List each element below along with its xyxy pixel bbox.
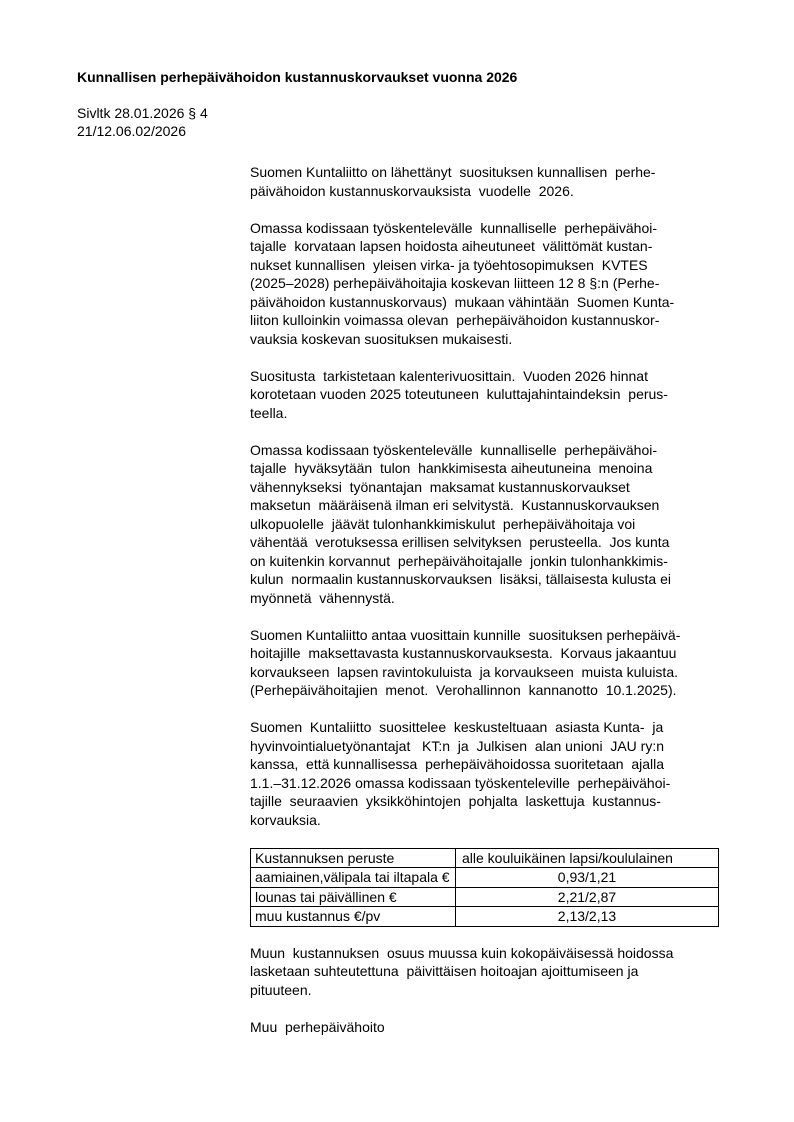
text-line: (2025–2028) perhepäivähoitajia koskevan … [250, 274, 740, 293]
table-row: muu kustannus €/pv 2,13/2,13 [251, 907, 719, 927]
row-basis: muu kustannus €/pv [251, 907, 456, 927]
text-line: korvauksia. [250, 811, 740, 830]
text-line: ulkopuolelle jäävät tulonhankkimiskulut … [250, 515, 740, 534]
cost-table: Kustannuksen peruste alle kouluikäinen l… [250, 848, 719, 927]
paragraph: Omassa kodissaan työskentelevälle kunnal… [250, 219, 740, 349]
text-line: nukset kunnallisen yleisen virka- ja työ… [250, 256, 740, 275]
paragraph: Suositusta tarkistetaan kalenterivuositt… [250, 367, 740, 423]
paragraph: Muu perhepäivähoito [250, 1018, 740, 1037]
table-row: lounas tai päivällinen € 2,21/2,87 [251, 887, 719, 907]
paragraph: Omassa kodissaan työskentelevälle kunnal… [250, 441, 740, 608]
text-line: Omassa kodissaan työskentelevälle kunnal… [250, 219, 740, 238]
text-line: liiton kulloinkin voimassa olevan perhep… [250, 311, 740, 330]
text-line: hoitajille maksettavasta kustannuskorvau… [250, 644, 740, 663]
text-line: vähentää verotuksessa erillisen selvityk… [250, 533, 740, 552]
text-line: hyvinvointialuetyönantajat KT:n ja Julki… [250, 737, 740, 756]
paragraph: Suomen Kuntaliitto on lähettänyt suositu… [250, 163, 740, 200]
text-line: Suomen Kuntaliitto on lähettänyt suositu… [250, 163, 740, 182]
text-line: pituuteen. [250, 981, 740, 1000]
paragraph: Muun kustannuksen osuus muussa kuin koko… [250, 944, 740, 1000]
text-line: Suomen Kuntaliitto suosittelee keskustel… [250, 718, 740, 737]
text-line: Suomen Kuntaliitto antaa vuosittain kunn… [250, 626, 740, 645]
text-line: tajalle hyväksytään tulon hankkimisesta … [250, 459, 740, 478]
row-value: 2,13/2,13 [456, 907, 719, 927]
text-line: Suositusta tarkistetaan kalenterivuositt… [250, 367, 740, 386]
row-value: 2,21/2,87 [456, 887, 719, 907]
text-line: 1.1.–31.12.2026 omassa kodissaan työsken… [250, 774, 740, 793]
text-line: päivähoidon kustannuskorvaus) mukaan väh… [250, 293, 740, 312]
text-line: teella. [250, 404, 740, 423]
row-basis: aamiainen,välipala tai iltapala € [251, 868, 456, 888]
table-header-row: Kustannuksen peruste alle kouluikäinen l… [251, 848, 719, 868]
text-line: on kuitenkin korvannut perhepäivähoitaja… [250, 552, 740, 571]
document-meta: Sivltk 28.01.2026 § 4 21/12.06.02/2026 [77, 105, 208, 140]
text-line: korotetaan vuoden 2025 toteutuneen kulut… [250, 385, 740, 404]
text-line: Muun kustannuksen osuus muussa kuin koko… [250, 944, 740, 963]
meeting-reference: Sivltk 28.01.2026 § 4 [77, 105, 208, 123]
text-line: tajalle korvataan lapsen hoidosta aiheut… [250, 237, 740, 256]
column-header-basis: Kustannuksen peruste [251, 848, 456, 868]
text-line: korvaukseen lapsen ravintokuluista ja ko… [250, 663, 740, 682]
text-line: myönnetä vähennystä. [250, 589, 740, 608]
text-line: maksetun määräisenä ilman eri selvitystä… [250, 496, 740, 515]
text-line: kanssa, että kunnallisessa perhepäivähoi… [250, 755, 740, 774]
record-number: 21/12.06.02/2026 [77, 123, 208, 141]
row-basis: lounas tai päivällinen € [251, 887, 456, 907]
document-body: Suomen Kuntaliitto on lähettänyt suositu… [250, 163, 740, 1055]
paragraph: Suomen Kuntaliitto antaa vuosittain kunn… [250, 626, 740, 700]
text-line: päivähoidon kustannuskorvauksista vuodel… [250, 182, 740, 201]
text-line: vauksia koskevan suosituksen mukaisesti. [250, 330, 740, 349]
table-row: aamiainen,välipala tai iltapala € 0,93/1… [251, 868, 719, 888]
text-line: Omassa kodissaan työskentelevälle kunnal… [250, 441, 740, 460]
document-title: Kunnallisen perhepäivähoidon kustannusko… [77, 68, 517, 86]
text-line: tajille seuraavien yksikköhintojen pohja… [250, 792, 740, 811]
column-header-child: alle kouluikäinen lapsi/koululainen [456, 848, 719, 868]
paragraphs: Suomen Kuntaliitto on lähettänyt suositu… [250, 163, 740, 829]
text-line: vähennykseksi työnantajan maksamat kusta… [250, 478, 740, 497]
paragraph: Suomen Kuntaliitto suosittelee keskustel… [250, 718, 740, 829]
text-line: kulun normaalin kustannuskorvauksen lisä… [250, 570, 740, 589]
text-line: lasketaan suhteutettuna päivittäisen hoi… [250, 962, 740, 981]
paragraphs-after-table: Muun kustannuksen osuus muussa kuin koko… [250, 944, 740, 1037]
text-line: Muu perhepäivähoito [250, 1018, 740, 1037]
text-line: (Perhepäivähoitajien menot. Verohallinno… [250, 681, 740, 700]
row-value: 0,93/1,21 [456, 868, 719, 888]
